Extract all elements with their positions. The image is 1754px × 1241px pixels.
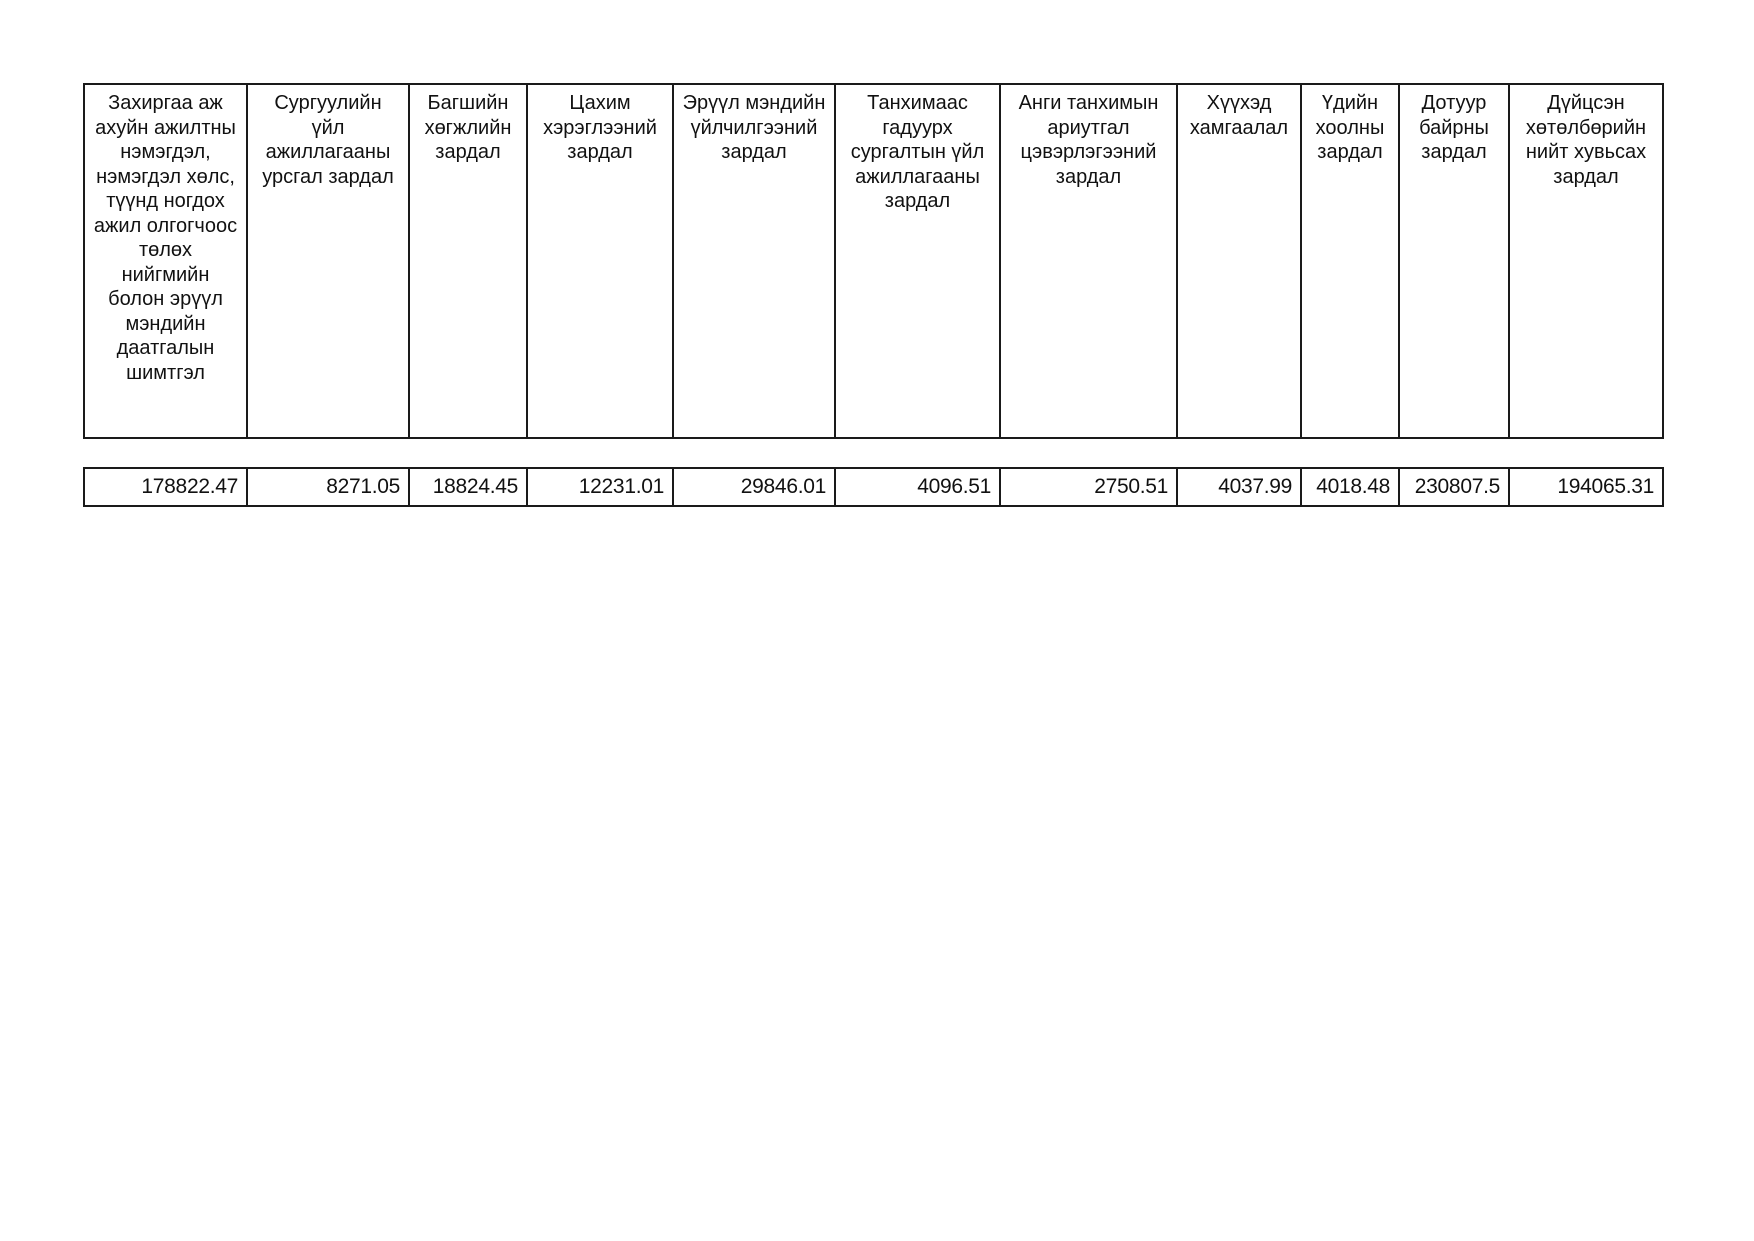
header-cell-classroom-sanitation: Анги танхимын ариутгал цэвэрлэгээний зар… [1000, 84, 1177, 438]
value-cell-equivalent-program-total: 194065.31 [1509, 468, 1663, 506]
header-row: Захиргаа аж ахуйн ажилтны нэмэгдэл, нэмэ… [84, 84, 1663, 438]
value-cell-dormitory: 230807.5 [1399, 468, 1509, 506]
header-cell-extracurricular-training: Танхимаас гадуурх сургалтын үйл ажиллага… [835, 84, 1000, 438]
value-cell-teacher-development: 18824.45 [409, 468, 527, 506]
value-cell-school-operating-cost: 8271.05 [247, 468, 409, 506]
value-cell-classroom-sanitation: 2750.51 [1000, 468, 1177, 506]
value-cell-admin-staff-allowance: 178822.47 [84, 468, 247, 506]
header-cell-dormitory: Дотуур байрны зардал [1399, 84, 1509, 438]
header-cell-health-service: Эрүүл мэндийн үйлчилгээний зардал [673, 84, 835, 438]
value-cell-child-protection: 4037.99 [1177, 468, 1301, 506]
header-cell-school-operating-cost: Сургуулийн үйл ажиллагааны урсгал зардал [247, 84, 409, 438]
value-cell-digital-usage: 12231.01 [527, 468, 673, 506]
header-cell-teacher-development: Багшийн хөгжлийн зардал [409, 84, 527, 438]
header-table: Захиргаа аж ахуйн ажилтны нэмэгдэл, нэмэ… [83, 83, 1664, 439]
header-cell-digital-usage: Цахим хэрэглээний зардал [527, 84, 673, 438]
header-cell-lunch: Үдийн хоолны зардал [1301, 84, 1399, 438]
value-cell-extracurricular-training: 4096.51 [835, 468, 1000, 506]
header-cell-equivalent-program-total: Дүйцсэн хөтөлбөрийн нийт хувьсах зардал [1509, 84, 1663, 438]
values-table: 178822.47 8271.05 18824.45 12231.01 2984… [83, 467, 1664, 507]
header-cell-admin-staff-allowance: Захиргаа аж ахуйн ажилтны нэмэгдэл, нэмэ… [84, 84, 247, 438]
value-cell-lunch: 4018.48 [1301, 468, 1399, 506]
table-row: 178822.47 8271.05 18824.45 12231.01 2984… [84, 468, 1663, 506]
value-cell-health-service: 29846.01 [673, 468, 835, 506]
header-cell-child-protection: Хүүхэд хамгаалал [1177, 84, 1301, 438]
